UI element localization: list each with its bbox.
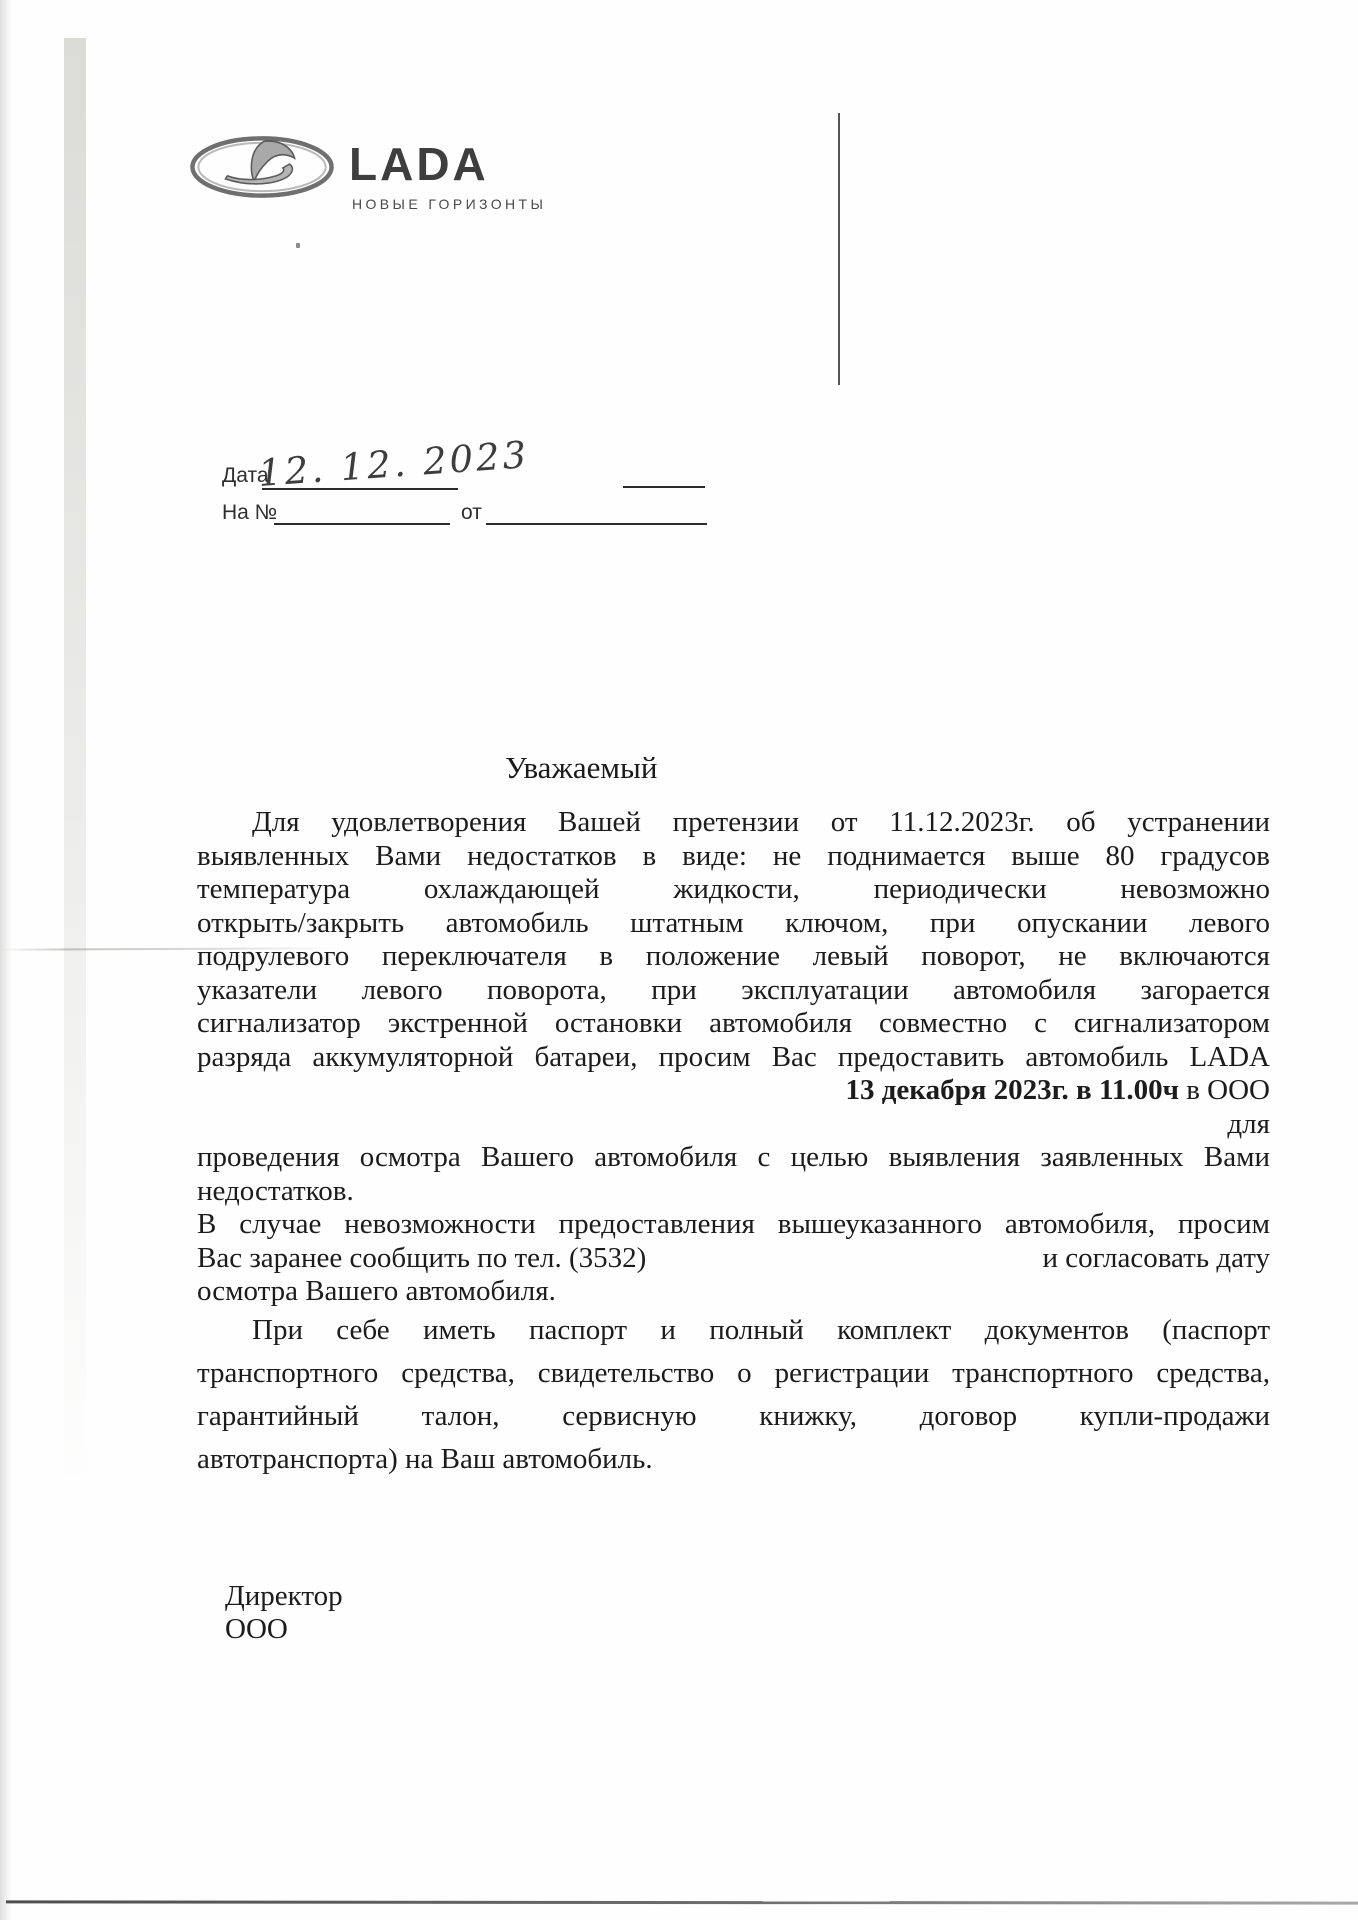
body-line: автотранспорта) на Ваш автомобиль. xyxy=(197,1438,1270,1481)
signature-title: Директор xyxy=(225,1580,343,1613)
lada-badge-icon xyxy=(188,135,336,199)
lada-wordmark: LADA xyxy=(349,141,489,187)
lada-tagline: НОВЫЕ ГОРИЗОНТЫ xyxy=(352,196,546,212)
header-vertical-rule xyxy=(838,113,840,385)
letter-body: Для удовлетворения Вашей претензии от 11… xyxy=(197,806,1270,1481)
body-line: подрулевого переключателя в положение ле… xyxy=(197,940,1270,974)
scanned-letter-page: LADA НОВЫЕ ГОРИЗОНТЫ Дата 12. 12. 2023 Н… xyxy=(0,0,1358,1920)
handwritten-date: 12. 12. 2023 xyxy=(257,436,489,495)
body-line: для xyxy=(197,1108,1270,1142)
scan-artifact-strip xyxy=(64,38,86,1498)
body-line: 13 декабря 2023г. в 11.00ч в ООО xyxy=(197,1074,1270,1108)
body-line: гарантийный талон, сервисную книжку, дог… xyxy=(197,1395,1270,1438)
body-line: открыть/закрыть автомобиль штатным ключо… xyxy=(197,907,1270,941)
signature-org: ООО xyxy=(225,1613,343,1646)
body-line: разряда аккумуляторной батареи, просим В… xyxy=(197,1041,1270,1075)
body-line: температура охлаждающей жидкости, период… xyxy=(197,873,1270,907)
body-line: Для удовлетворения Вашей претензии от 11… xyxy=(197,806,1270,840)
scan-edge-left xyxy=(0,0,12,1920)
signature-block: Директор ООО xyxy=(225,1580,343,1646)
body-line: проведения осмотра Вашего автомобиля с ц… xyxy=(197,1141,1270,1175)
scan-edge-bottom xyxy=(6,1900,1358,1904)
number-underline xyxy=(274,523,450,525)
body-line: сигнализатор экстренной остановки автомо… xyxy=(197,1007,1270,1041)
body-line: транспортного средства, свидетельство о … xyxy=(197,1352,1270,1395)
body-line: осмотра Вашего автомобиля. xyxy=(197,1275,1270,1309)
from-label: от xyxy=(461,501,482,525)
from-underline xyxy=(486,523,707,525)
short-line xyxy=(623,486,705,488)
body-line: При себе иметь паспорт и полный комплект… xyxy=(197,1309,1270,1352)
date-underline xyxy=(262,488,458,490)
body-line: В случае невозможности предоставления вы… xyxy=(197,1208,1270,1242)
body-line: недостатков. xyxy=(197,1175,1270,1209)
body-line: указатели левого поворота, при эксплуата… xyxy=(197,974,1270,1008)
body-line: выявленных Вами недостатков в виде: не п… xyxy=(197,840,1270,874)
incoming-number-label: На № xyxy=(222,501,277,525)
scan-speck xyxy=(296,243,300,248)
salutation: Уважаемый xyxy=(505,750,657,786)
body-line: Вас заранее сообщить по тел. (3532)и сог… xyxy=(197,1242,1270,1276)
